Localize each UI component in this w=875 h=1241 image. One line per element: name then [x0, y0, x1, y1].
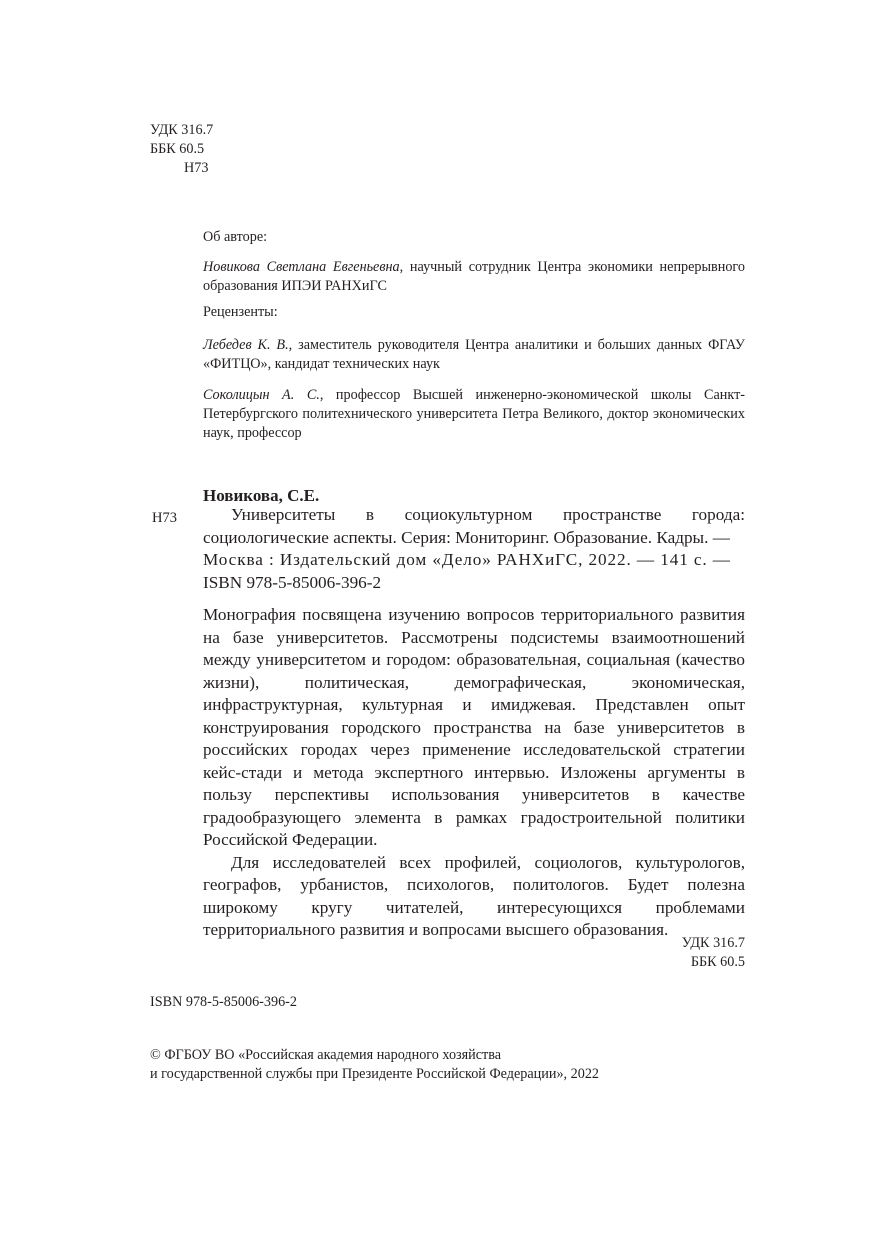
bibliographic-record: Университеты в социокультурном пространс… [203, 504, 745, 594]
bibliographic-cutter-mark: Н73 [152, 510, 177, 527]
bibliographic-publisher: Москва : Издательский дом «Дело» РАНХиГС… [203, 549, 745, 572]
annotation-paragraph: Монография посвящена изучению вопросов т… [203, 604, 745, 852]
cutter-code: Н73 [150, 159, 213, 178]
udk-code: УДК 316.7 [150, 121, 213, 140]
bibliographic-isbn: ISBN 978-5-85006-396-2 [203, 572, 745, 595]
reviewers-label: Рецензенты: [203, 303, 745, 322]
author-full-name: Новикова Светлана Евгеньевна [203, 259, 400, 275]
bibliographic-title: Университеты в социокультурном пространс… [203, 504, 745, 549]
udk-code: УДК 316.7 [682, 934, 745, 953]
isbn: ISBN 978-5-85006-396-2 [150, 993, 297, 1012]
copyright-line: и государственной службы при Президенте … [150, 1065, 599, 1084]
about-author-text: Новикова Светлана Евгеньевна, научный со… [203, 258, 745, 296]
reviewer-entry: Соколицын А. С., профессор Высшей инжене… [203, 386, 745, 443]
bibliographic-author: Новикова, С.Е. [203, 486, 319, 506]
classification-codes-footer: УДК 316.7 ББК 60.5 [682, 934, 745, 972]
annotation: Монография посвящена изучению вопросов т… [203, 604, 745, 942]
bbk-code: ББК 60.5 [682, 953, 745, 972]
copyright-line: © ФГБОУ ВО «Российская академия народног… [150, 1046, 599, 1065]
copyright-notice: © ФГБОУ ВО «Российская академия народног… [150, 1046, 599, 1084]
reviewer-entry: Лебедев К. В., заместитель руководителя … [203, 336, 745, 374]
annotation-paragraph: Для исследователей всех профилей, социол… [203, 852, 745, 942]
about-author-label: Об авторе: [203, 228, 745, 247]
reviewer-name: Лебедев К. В., [203, 337, 292, 353]
bbk-code: ББК 60.5 [150, 140, 213, 159]
classification-codes-header: УДК 316.7 ББК 60.5 Н73 [150, 121, 213, 178]
reviewer-name: Соколицын А. С. [203, 387, 320, 403]
